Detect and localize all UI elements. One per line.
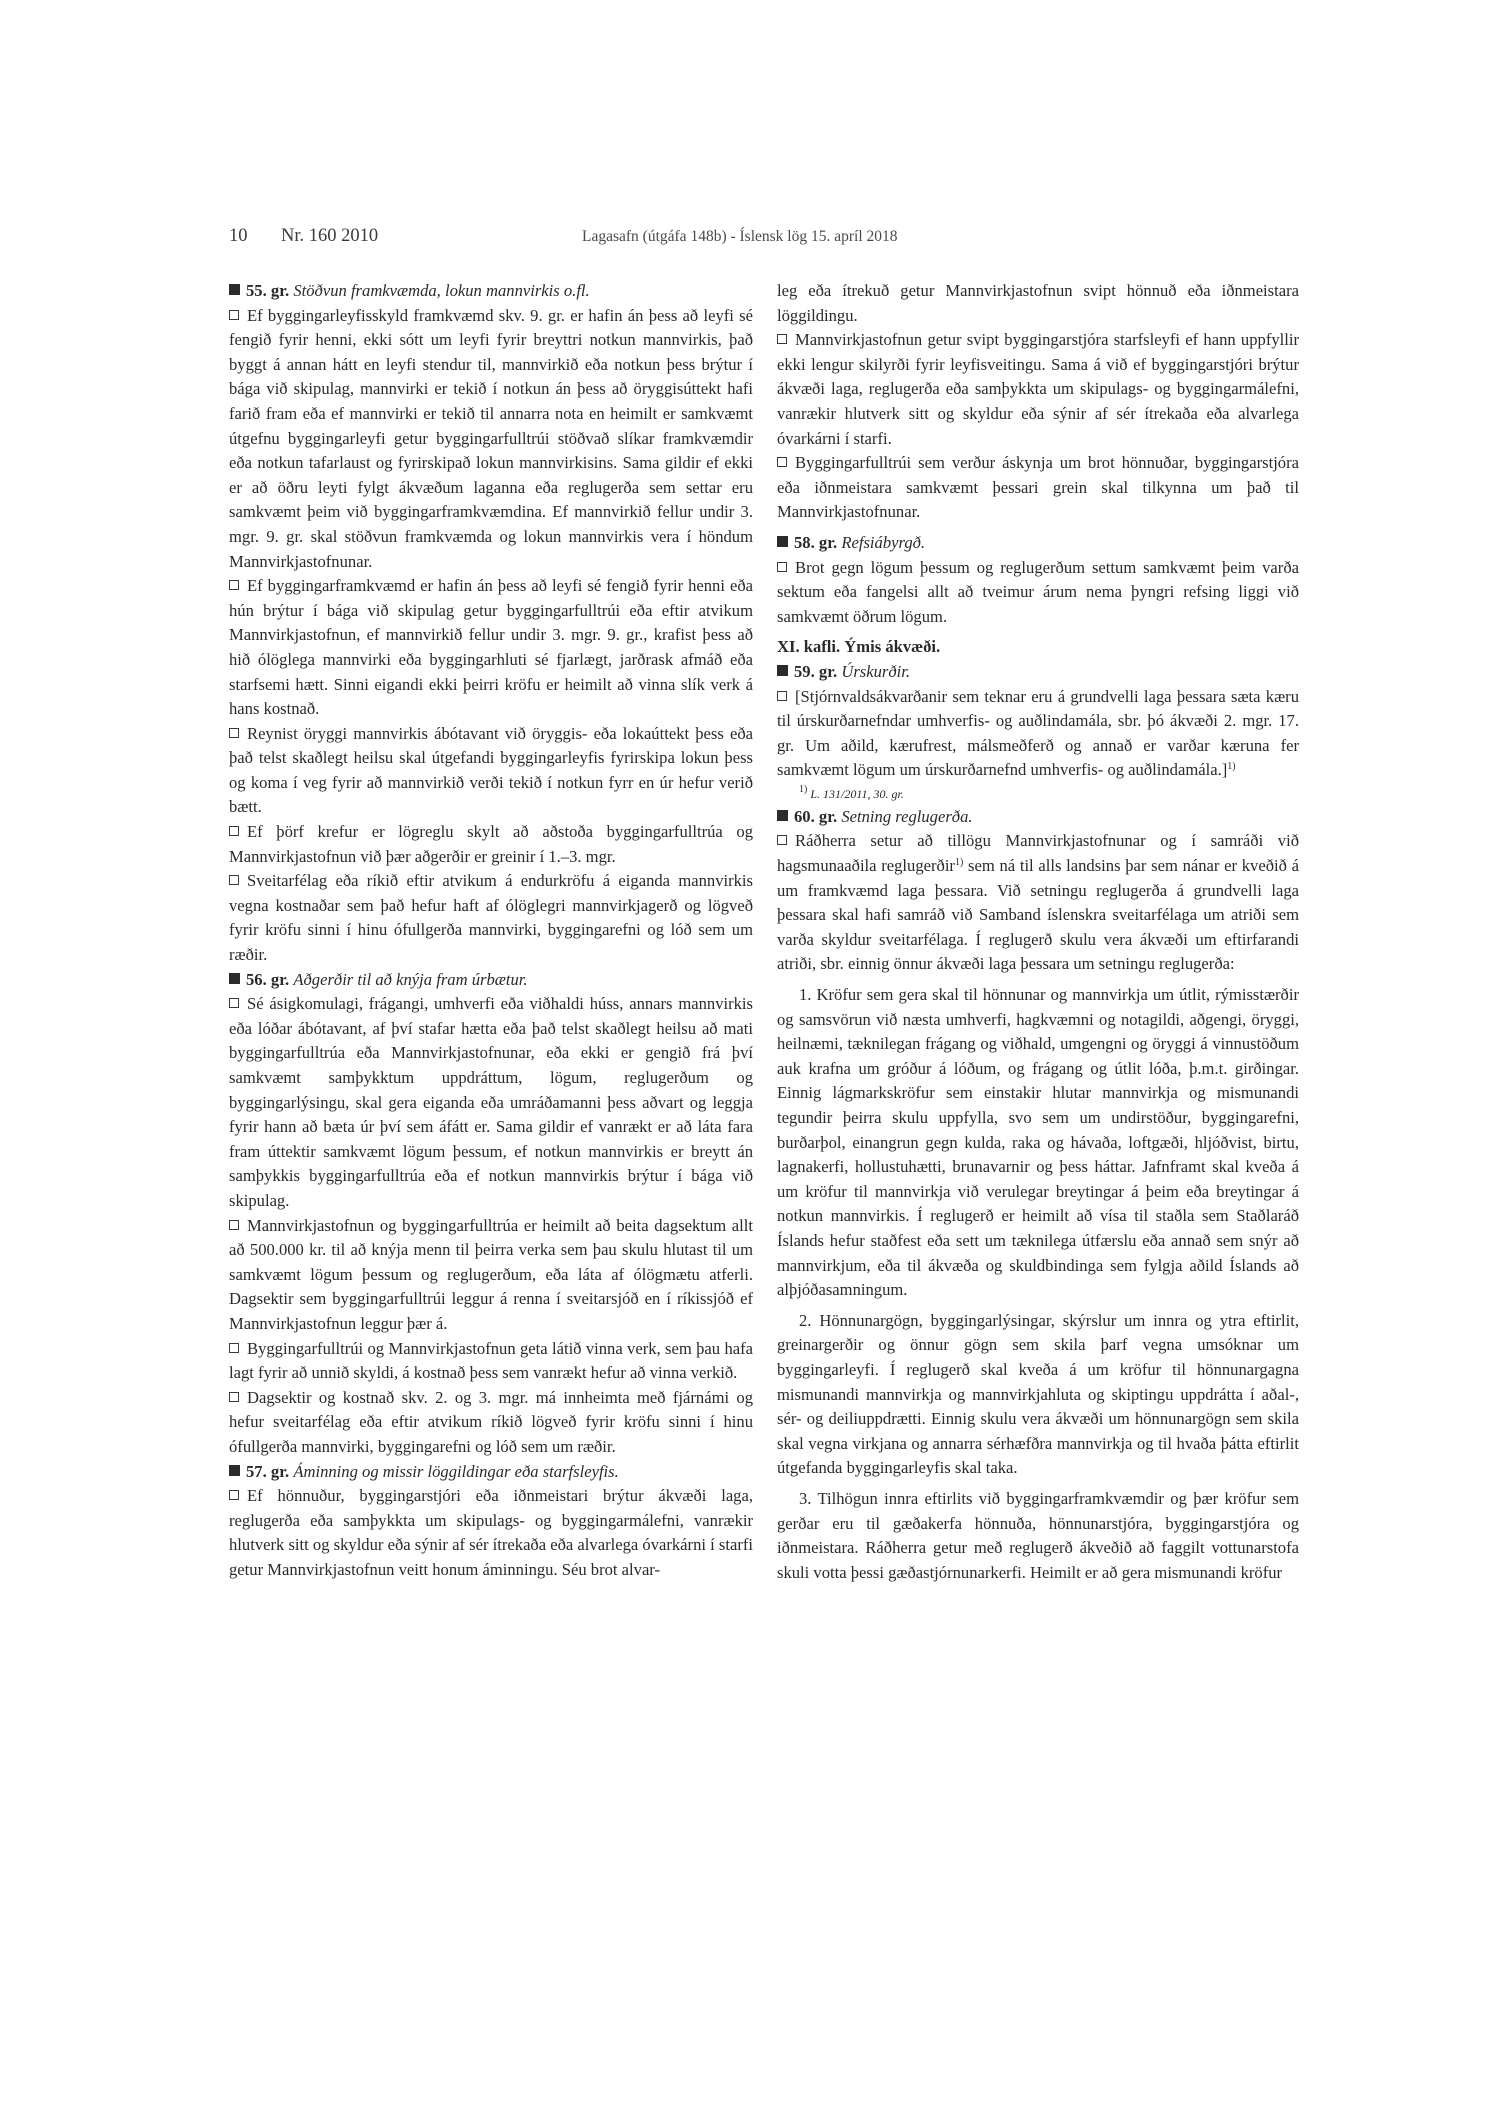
article-60-heading: 60. gr. Setning reglugerða. — [777, 805, 1299, 830]
paragraph-text: Ef byggingarleyfisskyld framkvæmd skv. 9… — [229, 306, 753, 571]
paragraph: Byggingarfulltrúi og Mannvirkjastofnun g… — [229, 1337, 753, 1386]
paragraph: Mannvirkjastofnun og byggingarfulltrúa e… — [229, 1214, 753, 1337]
article-title: Aðgerðir til að knýja fram úrbætur. — [293, 970, 527, 989]
paragraph-text: Sé ásigkomulagi, frágangi, umhverfi eða … — [229, 994, 753, 1210]
source-edition: Lagasafn (útgáfa 148b) - Íslensk lög 15.… — [582, 228, 898, 246]
article-number: 59. gr. — [794, 662, 837, 681]
paragraph-text: leg eða ítrekuð getur Mannvirkjastofnun … — [777, 281, 1299, 325]
paragraph-text: Reynist öryggi mannvirkis ábótavant við … — [229, 724, 753, 817]
footnote-marker: 1) — [799, 784, 807, 795]
filled-square-icon — [229, 284, 240, 295]
paragraph-text: Byggingarfulltrúi sem verður áskynja um … — [777, 453, 1299, 521]
paragraph: Brot gegn lögum þessum og reglugerðum se… — [777, 556, 1299, 630]
article-number: 60. gr. — [794, 807, 837, 826]
empty-square-icon — [777, 562, 787, 572]
article-title: Stöðvun framkvæmda, lokun mannvirkis o.f… — [293, 281, 589, 300]
article-number: 57. gr. — [246, 1462, 289, 1481]
footnote-marker: 1) — [1227, 761, 1235, 772]
paragraph-text: Sveitarfélag eða ríkið eftir atvikum á e… — [229, 871, 753, 964]
empty-square-icon — [229, 310, 239, 320]
paragraph: Sé ásigkomulagi, frágangi, umhverfi eða … — [229, 992, 753, 1213]
paragraph: Dagsektir og kostnað skv. 2. og 3. mgr. … — [229, 1386, 753, 1460]
article-title: Úrskurðir. — [841, 662, 910, 681]
article-57-heading: 57. gr. Áminning og missir löggildingar … — [229, 1460, 753, 1485]
chapter-heading: XI. kafli. Ýmis ákvæði. — [777, 635, 1299, 660]
paragraph: Reynist öryggi mannvirkis ábótavant við … — [229, 722, 753, 820]
paragraph: Ef þörf krefur er lögreglu skylt að aðst… — [229, 820, 753, 869]
paragraph: Ef byggingarframkvæmd er hafin án þess a… — [229, 574, 753, 722]
filled-square-icon — [229, 1465, 240, 1476]
filled-square-icon — [777, 665, 788, 676]
article-number: 56. gr. — [246, 970, 289, 989]
paragraph-text: Ef hönnuður, byggingarstjóri eða iðnmeis… — [229, 1486, 753, 1579]
law-number: Nr. 160 2010 — [281, 226, 378, 247]
numbered-item: 3. Tilhögun innra eftirlits við bygginga… — [777, 1487, 1299, 1585]
empty-square-icon — [229, 875, 239, 885]
article-55-heading: 55. gr. Stöðvun framkvæmda, lokun mannvi… — [229, 279, 753, 304]
empty-square-icon — [229, 1392, 239, 1402]
page-number: 10 — [229, 226, 248, 247]
paragraph-text: Brot gegn lögum þessum og reglugerðum se… — [777, 558, 1299, 626]
paragraph-text: Byggingarfulltrúi og Mannvirkjastofnun g… — [229, 1339, 753, 1383]
footnote-text: L. 131/2011, 30. gr. — [810, 787, 903, 801]
empty-square-icon — [777, 691, 787, 701]
paragraph: [Stjórnvaldsákvarðanir sem teknar eru á … — [777, 685, 1299, 783]
empty-square-icon — [229, 1490, 239, 1500]
article-title: Refsiábyrgð. — [841, 533, 925, 552]
paragraph-text: Mannvirkjastofnun og byggingarfulltrúa e… — [229, 1216, 753, 1333]
right-column: leg eða ítrekuð getur Mannvirkjastofnun … — [777, 279, 1299, 1585]
numbered-item: 1. Kröfur sem gera skal til hönnunar og … — [777, 983, 1299, 1303]
paragraph-continued: leg eða ítrekuð getur Mannvirkjastofnun … — [777, 279, 1299, 328]
article-56-heading: 56. gr. Aðgerðir til að knýja fram úrbæt… — [229, 968, 753, 993]
paragraph: Ráðherra setur að tillögu Mannvirkjastof… — [777, 829, 1299, 977]
empty-square-icon — [777, 835, 787, 845]
paragraph: Ef hönnuður, byggingarstjóri eða iðnmeis… — [229, 1484, 753, 1582]
paragraph-text: [Stjórnvaldsákvarðanir sem teknar eru á … — [777, 687, 1299, 780]
article-number: 55. gr. — [246, 281, 289, 300]
paragraph: Byggingarfulltrúi sem verður áskynja um … — [777, 451, 1299, 525]
numbered-item: 2. Hönnunargögn, byggingarlýsingar, skýr… — [777, 1309, 1299, 1481]
paragraph-text: Ef þörf krefur er lögreglu skylt að aðst… — [229, 822, 753, 866]
empty-square-icon — [229, 728, 239, 738]
empty-square-icon — [229, 1220, 239, 1230]
filled-square-icon — [777, 810, 788, 821]
empty-square-icon — [229, 1343, 239, 1353]
page-header: 10 Nr. 160 2010 Lagasafn (útgáfa 148b) -… — [229, 226, 1299, 250]
footnote: 1) L. 131/2011, 30. gr. — [777, 783, 1299, 805]
paragraph-text: Dagsektir og kostnað skv. 2. og 3. mgr. … — [229, 1388, 753, 1456]
empty-square-icon — [229, 826, 239, 836]
filled-square-icon — [229, 973, 240, 984]
paragraph-text: Mannvirkjastofnun getur svipt byggingars… — [777, 330, 1299, 447]
article-title: Áminning og missir löggildingar eða star… — [293, 1462, 618, 1481]
empty-square-icon — [777, 457, 787, 467]
empty-square-icon — [229, 998, 239, 1008]
filled-square-icon — [777, 536, 788, 547]
article-58-heading: 58. gr. Refsiábyrgð. — [777, 531, 1299, 556]
paragraph-text: Ef byggingarframkvæmd er hafin án þess a… — [229, 576, 753, 718]
empty-square-icon — [229, 580, 239, 590]
left-column: 55. gr. Stöðvun framkvæmda, lokun mannvi… — [229, 279, 753, 1582]
paragraph: Mannvirkjastofnun getur svipt byggingars… — [777, 328, 1299, 451]
empty-square-icon — [777, 334, 787, 344]
article-title: Setning reglugerða. — [841, 807, 972, 826]
paragraph: Ef byggingarleyfisskyld framkvæmd skv. 9… — [229, 304, 753, 575]
article-59-heading: 59. gr. Úrskurðir. — [777, 660, 1299, 685]
paragraph: Sveitarfélag eða ríkið eftir atvikum á e… — [229, 869, 753, 967]
article-number: 58. gr. — [794, 533, 837, 552]
